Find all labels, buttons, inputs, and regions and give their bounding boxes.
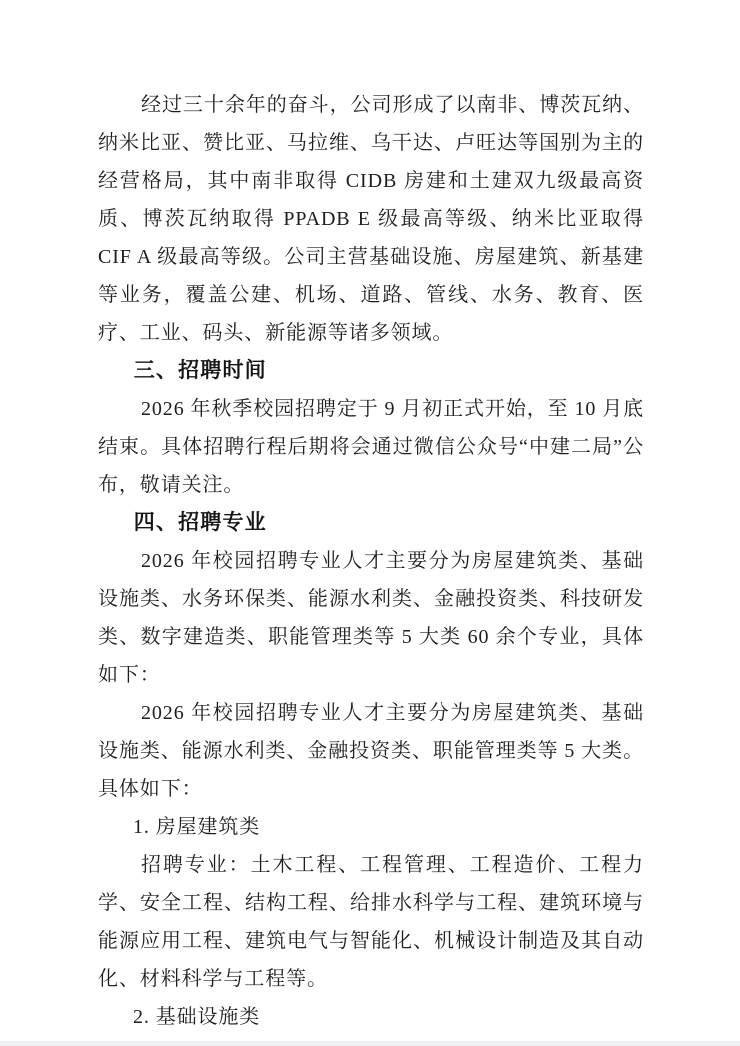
paragraph-housing-construction-majors: 招聘专业：土木工程、工程管理、工程造价、工程力学、安全工程、结构工程、给排水科学…: [98, 846, 644, 998]
subheading-infrastructure-category: 2. 基础设施类: [98, 998, 644, 1036]
paragraph-recruitment-time: 2026 年秋季校园招聘定于 9 月初正式开始，至 10 月底结束。具体招聘行程…: [98, 390, 644, 504]
document-body: 经过三十余年的奋斗，公司形成了以南非、博茨瓦纳、纳米比亚、赞比亚、马拉维、乌干达…: [98, 86, 644, 1036]
paragraph-company-overview: 经过三十余年的奋斗，公司形成了以南非、博茨瓦纳、纳米比亚、赞比亚、马拉维、乌干达…: [98, 86, 644, 352]
page-bottom-edge: [0, 1041, 740, 1046]
section-heading-recruitment-majors: 四、招聘专业: [98, 504, 644, 542]
paragraph-major-categories-full: 2026 年校园招聘专业人才主要分为房屋建筑类、基础设施类、水务环保类、能源水利…: [98, 542, 644, 694]
document-page: 经过三十余年的奋斗，公司形成了以南非、博茨瓦纳、纳米比亚、赞比亚、马拉维、乌干达…: [0, 0, 740, 1046]
section-heading-recruitment-time: 三、招聘时间: [98, 352, 644, 390]
paragraph-major-categories-short: 2026 年校园招聘专业人才主要分为房屋建筑类、基础设施类、能源水利类、金融投资…: [98, 694, 644, 808]
subheading-housing-construction-category: 1. 房屋建筑类: [98, 808, 644, 846]
